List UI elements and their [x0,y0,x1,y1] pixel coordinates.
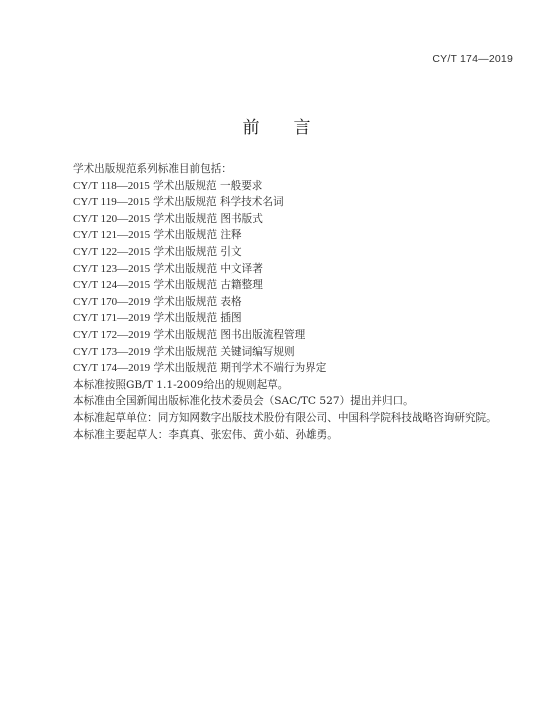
standard-name: 关键词编写规则 [220,346,294,358]
drafting-rules-statement: 本标准按照GB/T 1.1-2009给出的规则起草。 [73,377,543,394]
standard-name: 图书版式 [220,213,262,225]
standard-item: CY/T 118—2015 学术出版规范 一般要求 [73,178,543,195]
standard-name: 古籍整理 [220,279,262,291]
standard-code: CY/T 174—2019 [73,362,150,374]
standard-name: 一般要求 [220,180,262,192]
standard-code: CY/T 172—2019 [73,329,150,341]
standard-series: 学术出版规范 [153,196,217,208]
standard-series: 学术出版规范 [153,296,217,308]
drafters-statement: 本标准主要起草人：李真真、张宏伟、黄小茹、孙雄勇。 [73,427,543,444]
standard-series: 学术出版规范 [153,329,217,341]
standard-item: CY/T 174—2019 学术出版规范 期刊学术不端行为界定 [73,360,543,377]
standard-series: 学术出版规范 [153,213,217,225]
standard-name: 科学技术名词 [220,196,284,208]
standard-item: CY/T 121—2015 学术出版规范 注释 [73,227,543,244]
title-char-1: 前 [243,113,260,138]
standard-item: CY/T 119—2015 学术出版规范 科学技术名词 [73,194,543,211]
standard-item: CY/T 120—2015 学术出版规范 图书版式 [73,211,543,228]
standard-name: 表格 [220,296,241,308]
drafting-units-statement: 本标准起草单位：同方知网数字出版技术股份有限公司、中国科学院科技战略咨询研究院。 [73,410,543,427]
standard-series: 学术出版规范 [153,229,217,241]
standard-code-header: CY/T 174—2019 [432,53,513,65]
standard-series: 学术出版规范 [153,346,217,358]
standard-series: 学术出版规范 [153,246,217,258]
standard-series: 学术出版规范 [153,279,217,291]
standard-code: CY/T 171—2019 [73,312,150,324]
standard-item: CY/T 172—2019 学术出版规范 图书出版流程管理 [73,327,543,344]
standard-code: CY/T 118—2015 [73,180,150,192]
page-title: 前言 [0,113,553,138]
standard-item: CY/T 124—2015 学术出版规范 古籍整理 [73,277,543,294]
standard-name: 插图 [220,312,241,324]
standard-item: CY/T 170—2019 学术出版规范 表格 [73,294,543,311]
standard-code: CY/T 124—2015 [73,279,150,291]
standard-code: CY/T 123—2015 [73,263,150,275]
foreword-body: 学术出版规范系列标准目前包括： CY/T 118—2015 学术出版规范 一般要… [73,161,543,443]
standard-code: CY/T 121—2015 [73,229,150,241]
standard-code: CY/T 122—2015 [73,246,150,258]
standard-name: 注释 [220,229,241,241]
standard-series: 学术出版规范 [153,362,217,374]
standard-item: CY/T 123—2015 学术出版规范 中文译著 [73,261,543,278]
standard-code: CY/T 119—2015 [73,196,150,208]
standard-series: 学术出版规范 [153,312,217,324]
standard-series: 学术出版规范 [153,263,217,275]
standard-code: CY/T 170—2019 [73,296,150,308]
standard-item: CY/T 173—2019 学术出版规范 关键词编写规则 [73,344,543,361]
standard-series: 学术出版规范 [153,180,217,192]
proposer-statement: 本标准由全国新闻出版标准化技术委员会（SAC/TC 527）提出并归口。 [73,393,543,410]
standard-name: 图书出版流程管理 [220,329,305,341]
standard-code: CY/T 120—2015 [73,213,150,225]
intro-text: 学术出版规范系列标准目前包括： [73,161,543,178]
standard-name: 中文译著 [220,263,262,275]
standard-name: 引文 [220,246,241,258]
standard-name: 期刊学术不端行为界定 [220,362,326,374]
document-page: CY/T 174—2019 前言 学术出版规范系列标准目前包括： CY/T 11… [0,0,553,722]
title-char-2: 言 [294,113,311,138]
standard-item: CY/T 122—2015 学术出版规范 引文 [73,244,543,261]
standard-item: CY/T 171—2019 学术出版规范 插图 [73,310,543,327]
standard-code: CY/T 173—2019 [73,346,150,358]
